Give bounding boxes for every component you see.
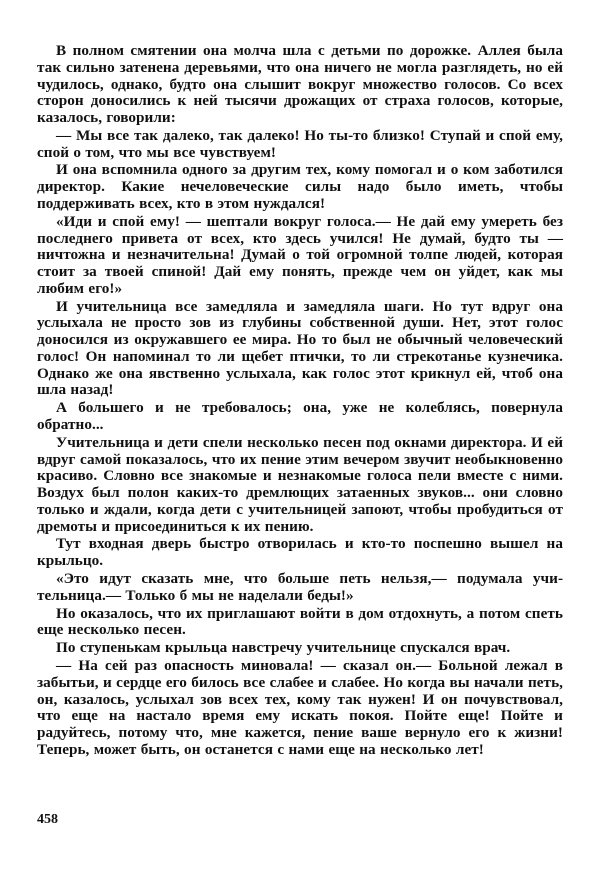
- paragraph-11: По ступенькам крыльца навстречу учительн…: [37, 640, 563, 657]
- paragraph-6: А большего и не требовалось; она, уже не…: [37, 400, 563, 434]
- paragraph-12: — На сей раз опасность миновала! — сказа…: [37, 658, 563, 759]
- paragraph-4: «Иди и спой ему! — шептали вокруг голоса…: [37, 214, 563, 298]
- paragraph-1: В полном смятении она молча шла с детьми…: [37, 43, 563, 127]
- paragraph-7: Учительница и дети спели несколько песен…: [37, 435, 563, 536]
- book-page-text: В полном смятении она молча шла с детьми…: [37, 43, 563, 760]
- page-number: 458: [37, 812, 58, 828]
- paragraph-10: Но оказалось, что их приглашают войти в …: [37, 606, 563, 640]
- paragraph-2: — Мы все так далеко, так далеко! Но ты-т…: [37, 128, 563, 162]
- paragraph-9: «Это идут сказать мне, что больше петь н…: [37, 571, 563, 605]
- paragraph-5: И учительница все замедляла и замедляла …: [37, 299, 563, 400]
- paragraph-3: И она вспомнила одного за другим тех, ко…: [37, 162, 563, 212]
- paragraph-8: Тут входная дверь быстро отворилась и кт…: [37, 536, 563, 570]
